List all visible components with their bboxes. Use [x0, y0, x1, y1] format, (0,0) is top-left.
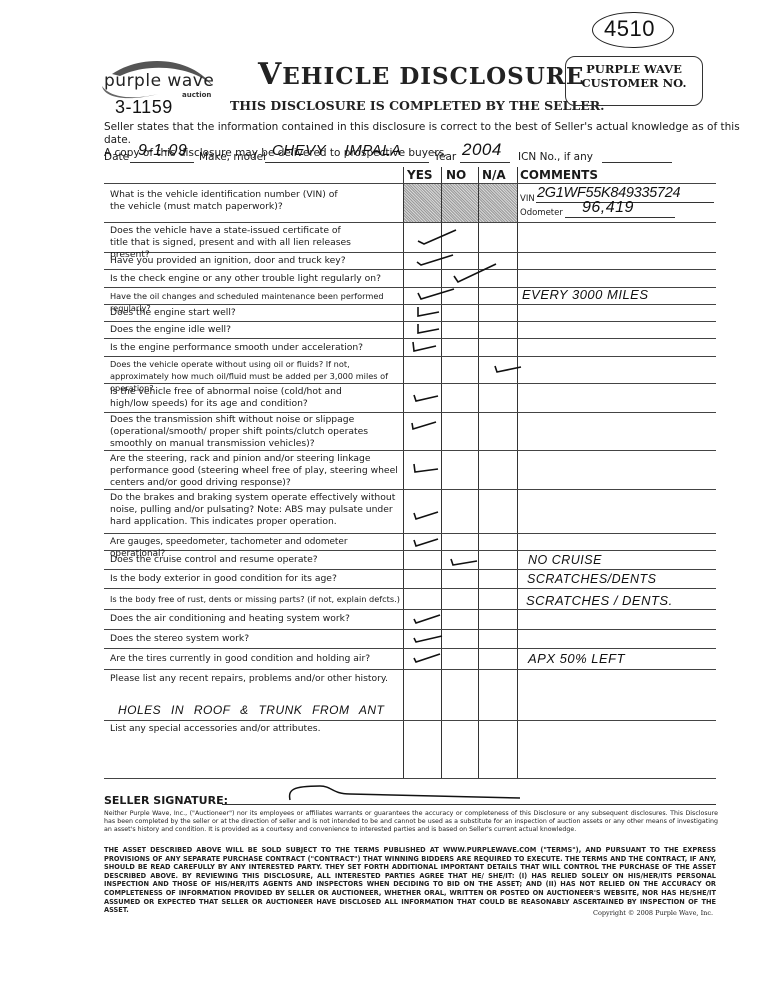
checkmark-icon[interactable]	[415, 253, 455, 267]
customer-number-box: PURPLE WAVE CUSTOMER NO.	[565, 56, 703, 106]
checkmark-icon[interactable]	[410, 340, 438, 354]
odometer-label: Odometer	[520, 208, 563, 218]
checkmark-icon[interactable]	[449, 555, 479, 567]
col-divider	[403, 167, 404, 778]
checkmark-icon[interactable]	[412, 462, 440, 474]
row-divider	[104, 629, 716, 630]
question-stereo: Does the stereo system work?	[110, 633, 400, 645]
comment-body-rust[interactable]: SCRATCHES / DENTS.	[526, 593, 673, 608]
row-divider	[104, 412, 716, 413]
row-divider	[104, 356, 716, 357]
question-tires: Are the tires currently in good conditio…	[110, 653, 400, 665]
checkmark-icon[interactable]	[415, 305, 441, 319]
make-model-value: CHEVY IMPALA	[272, 142, 401, 159]
question-body-exterior: Is the body exterior in good condition f…	[110, 573, 400, 585]
vin-question: What is the vehicle identification numbe…	[110, 189, 350, 213]
checkmark-icon[interactable]	[410, 419, 438, 431]
checkmark-icon[interactable]	[412, 391, 440, 403]
checkmark-icon[interactable]	[412, 632, 444, 644]
row-divider	[104, 720, 716, 721]
question-body-rust: Is the body free of rust, dents or missi…	[110, 593, 405, 605]
vin-row-shaded-na	[479, 184, 517, 222]
disclaimer-text: Neither Purple Wave, Inc., ("Auctioneer"…	[104, 810, 718, 835]
question-air-conditioning: Does the air conditioning and heating sy…	[110, 613, 400, 625]
checkmark-icon[interactable]	[412, 509, 440, 521]
copyright: Copyright © 2008 Purple Wave, Inc.	[593, 909, 713, 917]
question-transmission: Does the transmission shift without nois…	[110, 414, 402, 451]
terms-text: THE ASSET DESCRIBED ABOVE WILL BE SOLD S…	[104, 846, 716, 915]
seller-signature-scribble	[280, 784, 530, 802]
question-engine-start: Does the engine start well?	[110, 307, 400, 319]
seller-signature-line[interactable]	[222, 804, 716, 805]
column-header-yes: YES	[407, 168, 433, 182]
question-steering: Are the steering, rack and pinion and/or…	[110, 453, 398, 490]
vin-row-shaded-no	[442, 184, 478, 222]
comment-body-exterior[interactable]: SCRATCHES/DENTS	[527, 572, 657, 586]
logo-subtitle: auction	[182, 91, 211, 99]
handwritten-lot-number: 3-1159	[115, 97, 173, 118]
row-divider	[104, 569, 716, 570]
vin-row-shaded-yes	[404, 184, 441, 222]
question-repairs: Please list any recent repairs, problems…	[110, 673, 400, 685]
question-engine-performance: Is the engine performance smooth under a…	[110, 342, 400, 354]
comment-cruise-control[interactable]: NO CRUISE	[528, 553, 602, 567]
row-divider	[104, 609, 716, 610]
date-value: 9-1-09	[138, 142, 187, 160]
question-keys: Have you provided an ignition, door and …	[110, 255, 400, 267]
vin-label: VIN	[520, 194, 535, 204]
year-label: Year	[434, 151, 456, 163]
year-value: 2004	[462, 140, 502, 160]
checkmark-icon[interactable]	[412, 613, 442, 625]
question-accessories: List any special accessories and/or attr…	[110, 723, 400, 735]
row-divider	[104, 321, 716, 322]
make-model-label: Make, model	[199, 151, 266, 163]
question-check-engine: Is the check engine or any other trouble…	[110, 273, 400, 285]
row-divider	[104, 778, 716, 779]
checkmark-icon[interactable]	[416, 287, 456, 301]
odometer-value: 96,419	[582, 199, 634, 217]
checkmark-icon[interactable]	[452, 262, 498, 284]
row-divider	[104, 338, 716, 339]
checkmark-icon[interactable]	[493, 362, 523, 374]
accessories-answer[interactable]	[110, 740, 400, 774]
column-header-na: N/A	[482, 168, 506, 182]
row-divider	[104, 648, 716, 649]
checkmark-icon[interactable]	[412, 652, 442, 664]
column-header-comments: COMMENTS	[520, 168, 598, 182]
column-header-no: NO	[446, 168, 466, 182]
row-divider	[104, 222, 716, 223]
checkmark-icon[interactable]	[416, 228, 458, 246]
icn-field[interactable]	[602, 148, 672, 163]
question-engine-idle: Does the engine idle well?	[110, 324, 400, 336]
row-divider	[104, 269, 716, 270]
question-cruise-control: Does the cruise control and resume opera…	[110, 554, 400, 566]
checkmark-icon[interactable]	[412, 536, 440, 548]
comment-oil-changes[interactable]: EVERY 3000 MILES	[522, 287, 649, 302]
checkmark-icon[interactable]	[415, 322, 441, 336]
icn-label: ICN No., if any	[518, 151, 593, 163]
seller-signature-label: SELLER SIGNATURE:	[104, 794, 228, 807]
logo-wordmark: purple wave	[104, 71, 214, 91]
col-divider	[478, 167, 479, 778]
row-divider	[104, 533, 716, 534]
row-divider	[104, 669, 716, 670]
customer-number-value: 4510	[604, 16, 655, 42]
page-title: VEHICLE DISCLOSURE	[258, 57, 584, 92]
col-divider	[517, 167, 518, 778]
comment-tires[interactable]: APX 50% LEFT	[528, 651, 625, 666]
repairs-answer[interactable]: HOLES IN ROOF & TRUNK FROM ANT	[118, 703, 384, 717]
question-brakes: Do the brakes and braking system operate…	[110, 492, 398, 529]
question-abnormal-noise: Is the vehicle free of abnormal noise (c…	[110, 386, 355, 410]
date-label: Date	[104, 151, 129, 163]
row-divider	[104, 588, 716, 589]
page-subtitle: THIS DISCLOSURE IS COMPLETED BY THE SELL…	[230, 98, 605, 113]
